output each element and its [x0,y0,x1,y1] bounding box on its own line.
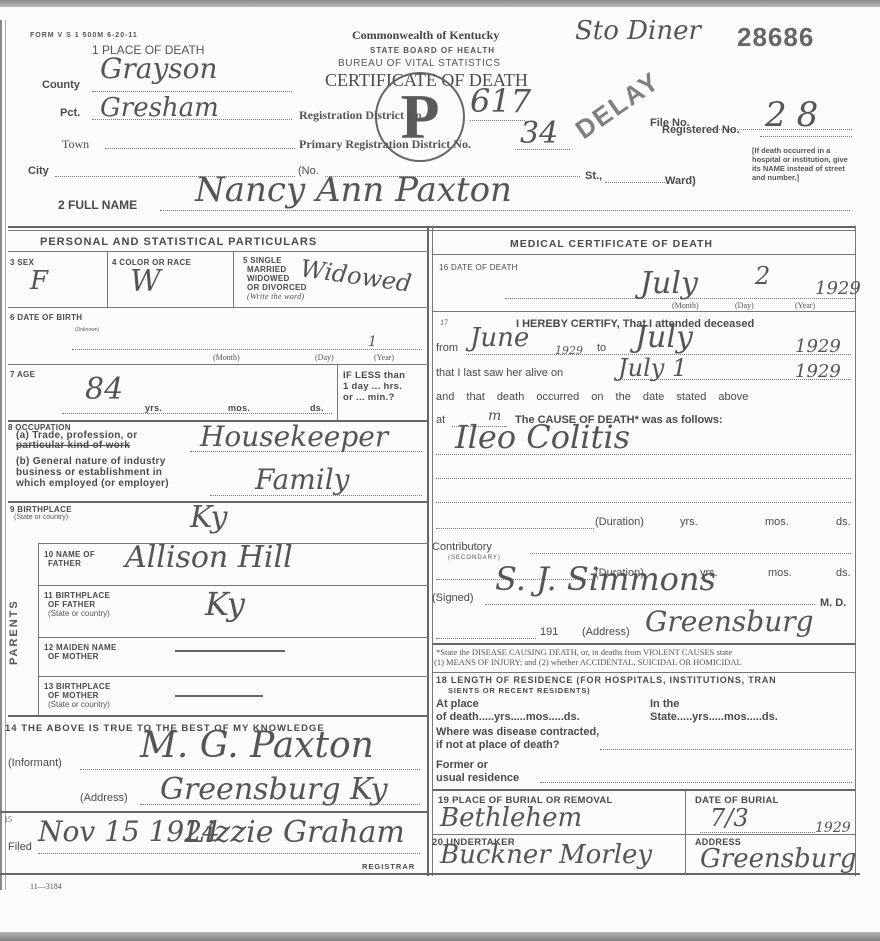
burial-place-value[interactable]: Bethlehem [440,803,582,833]
informant-address-label: (Address) [80,792,128,804]
city-label: City [28,165,49,177]
contributory-line [530,553,851,554]
cell-divider [685,789,686,874]
occupation-a-label: (a) Trade, profession, or particular kin… [16,431,137,451]
item-15-number: 15 [4,815,12,824]
filed-line [38,853,420,854]
attended-to-label: to [597,342,606,354]
undertaker-value[interactable]: Buckner Morley [440,840,652,870]
signed-label: (Signed) [432,592,474,604]
informant-address-value[interactable]: Greensburg Ky [160,772,388,807]
dob-year-value[interactable]: 1 [368,334,377,350]
mother-birthplace-label: 13 BIRTHPLACE OF MOTHER (State or countr… [44,682,111,709]
birthplace-value[interactable]: Ky [190,500,227,535]
form-code: 11—3184 [30,882,62,891]
father-birthplace-label: 11 BIRTHPLACE OF FATHER (State or countr… [44,591,110,618]
birthplace-label: 9 BIRTHPLACE [10,505,72,514]
scan-left-edge [0,20,6,890]
right-border [855,226,856,876]
informant-label: (Informant) [8,757,62,769]
precinct-label: Pct. [60,107,80,119]
informant-value[interactable]: M. G. Paxton [140,725,374,766]
burial-date-line [700,832,815,833]
death-day-label: (Day) [735,301,754,310]
hospital-note: [If death occurred in a hospital or inst… [752,146,857,182]
attended-to-year[interactable]: 1929 [795,336,841,357]
registration-district-label: Registration District No. [299,108,425,123]
cause-line-1 [436,454,851,455]
age-ds-label: ds. [310,404,324,413]
divider [8,715,428,717]
primary-registration-district-label: Primary Registration District No. [299,137,471,152]
signed-date-prefix: 191 [540,626,558,638]
attended-from-value[interactable]: June [470,323,529,353]
informant-line [80,769,420,770]
last-saw-year[interactable]: 1929 [795,361,841,382]
full-name-label: 2 FULL NAME [58,198,137,212]
cell-divider [107,251,108,307]
contracted-label: Where was disease contracted, if not at … [436,726,599,752]
in-state-label: In the State.....yrs.....mos.....ds. [650,698,778,724]
divider [8,307,428,308]
column-divider [427,226,429,876]
undertaker-address-value[interactable]: Greensburg [700,844,857,874]
age-yrs-label: yrs. [145,404,162,413]
ward-label: Ward) [665,175,696,187]
marital-label: 5 SINGLE MARRIED WIDOWED OR DIVORCED (Wr… [243,256,307,301]
father-name-value[interactable]: Allison Hill [125,540,293,575]
date-of-death-label: 16 DATE OF DEATH [439,263,518,272]
bureau-heading: BUREAU OF VITAL STATISTICS [338,58,500,69]
registrar-label: REGISTRAR [362,862,415,871]
dob-day-label: (Day) [315,353,334,362]
contracted-line [600,749,852,750]
cause-line-3 [436,502,851,503]
form-number: FORM V S 1 500M 6-20-11 [30,32,138,39]
duration-ds-label: ds. [836,516,851,528]
physician-address-value[interactable]: Greensburg [645,605,814,638]
father-name-label: 10 NAME OF FATHER [44,550,95,568]
contributory-mos-label: mos. [768,567,792,579]
county-field-line [92,91,292,92]
death-year-label: (Year) [795,301,815,310]
registrar-value[interactable]: Lizzie Graham [185,815,405,850]
attended-from-label: from [436,342,458,354]
registered-no-value[interactable]: 28 [765,95,828,135]
precinct-value[interactable]: Gresham [100,93,219,123]
occupation-b-label: (b) General nature of industry business … [16,456,169,489]
sex-value[interactable]: F [30,266,48,296]
duration-label: (Duration) [595,516,644,528]
cause-line-2 [436,478,851,479]
personal-section-title: PERSONAL AND STATISTICAL PARTICULARS [40,236,317,248]
physician-address-label: (Address) [582,626,630,638]
former-residence-line [540,782,852,783]
file-stamp-handwriting: Sto Diner [575,16,701,46]
commonwealth-heading: Commonwealth of Kentucky [352,28,499,43]
age-label: 7 AGE [10,370,35,379]
registered-no-line [760,136,852,137]
last-saw-text: that I last saw her alive on [436,367,563,379]
residence-label-line-2: SIENTS OR RECENT RESIDENTS) [448,686,590,695]
county-label: County [42,79,80,91]
cell-divider [337,364,338,420]
divider [0,811,428,813]
burial-date-value[interactable]: 7/3 [710,804,749,832]
duration-mos-label: mos. [765,516,789,528]
age-mos-label: mos. [228,404,250,413]
county-value[interactable]: Grayson [100,52,218,85]
marital-value[interactable]: Widowed [299,254,414,297]
parents-divider [38,543,39,715]
md-label: M. D. [820,597,846,609]
filed-label: Filed [8,841,32,853]
attended-to-value[interactable]: July [635,320,693,355]
delay-stamp: DELAY [570,65,666,145]
residence-label-line-1: 18 LENGTH OF RESIDENCE (FOR HOSPITALS, I… [436,676,776,685]
mother-birthplace-dash [175,695,263,697]
occurred-text: and that death occurred on the date stat… [436,391,748,403]
divider [433,672,855,673]
scan-bottom-edge [0,932,880,941]
registration-district-value[interactable]: 617 [470,82,531,120]
registered-no-label: Registered No. [662,124,740,136]
date-of-death-month[interactable]: July [640,266,698,301]
dob-year-label: (Year) [374,353,394,362]
contributory-sub-label: (SECONDARY) [448,555,501,561]
physician-signature[interactable]: S. J. Simmons [495,560,716,598]
full-name-line [160,210,850,211]
dob-unknown-note: (Unknown) [75,327,99,333]
age-line [62,413,332,414]
at-place-label: At place of death.....yrs.....mos.....ds… [436,698,580,724]
divider [38,676,428,677]
divider [433,643,855,645]
primary-registration-district-value[interactable]: 34 [520,116,558,151]
divider [8,251,428,252]
occupation-b-value[interactable]: Family [255,463,350,496]
contributory-label: Contributory [432,541,492,553]
divider [433,311,855,312]
mother-name-dash [175,650,285,652]
divider [433,789,855,791]
race-value[interactable]: W [130,264,161,299]
date-of-death-year[interactable]: 1929 [815,278,861,299]
dob-month-label: (Month) [213,353,240,362]
contributory-ds-label: ds. [836,567,851,579]
state-board-heading: STATE BOARD OF HEALTH [370,46,495,55]
divider [8,364,428,365]
cell-divider [233,251,234,307]
item-17-number: 17 [440,318,448,327]
town-label: Town [62,137,89,152]
duration-line [436,528,594,529]
medical-section-title: MEDICAL CERTIFICATE OF DEATH [510,238,713,250]
ward-line [605,182,665,183]
if-less-than-block: IF LESS than 1 day ... hrs. or ... min.? [343,370,405,403]
death-month-label: (Month) [672,301,699,310]
occupation-a-value[interactable]: Housekeeper [200,420,388,453]
full-name-value[interactable]: Nancy Ann Paxton [195,170,512,210]
signed-date-line [436,638,536,639]
town-field-line [105,148,295,149]
duration-yrs-label: yrs. [680,516,698,528]
parents-side-label: PARENTS [8,599,20,665]
registration-district-line [470,120,525,121]
mother-name-label: 12 MAIDEN NAME OF MOTHER [44,643,117,661]
divider [433,834,855,835]
last-saw-value[interactable]: July 1 [618,354,687,382]
date-of-death-day[interactable]: 2 [755,262,770,290]
former-residence-label: Former or usual residence [436,759,519,785]
attended-from-year[interactable]: 1929 [555,344,583,357]
cause-of-death-value[interactable]: Ileo Colitis [455,418,630,456]
file-stamp-number: 28686 [737,22,814,53]
father-birthplace-value[interactable]: Ky [205,585,245,623]
footnote-line-2: (1) MEANS OF INJURY; and (2) whether ACC… [434,657,742,667]
footnote-line-1: *State the DISEASE CAUSING DEATH, or, in… [436,647,732,657]
divider [38,637,428,638]
dob-label: 6 DATE OF BIRTH [10,313,82,322]
divider [433,254,855,255]
at-label: at [436,414,445,426]
birthplace-sub-label: (State or country) [14,514,68,521]
age-years-value[interactable]: 84 [85,372,123,407]
scan-top-edge [0,0,880,7]
street-label: St., [585,170,602,182]
